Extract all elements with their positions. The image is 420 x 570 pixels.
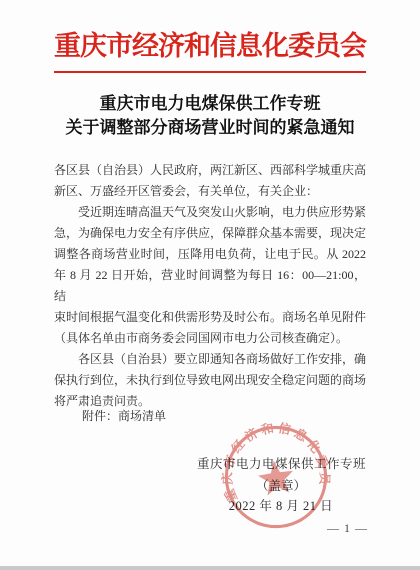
body-line: 调整各商场营业时间，压降用电负荷，让电于民。从 2022 xyxy=(54,244,366,265)
document-title: 重庆市电力电煤保供工作专班 关于调整部分商场营业时间的紧急通知 xyxy=(0,92,420,140)
attachment-line: 附件：商场清单 xyxy=(54,407,366,424)
body-line: 保执行到位，未执行到位导致电网出现安全稳定问题的商场 xyxy=(54,370,366,391)
letterhead-divider-line xyxy=(54,71,366,73)
body-line: 年 8 月 22 日开始，营业时间调整为每日 16：00—21:00，结 xyxy=(54,265,366,307)
document-title-line2: 关于调整部分商场营业时间的紧急通知 xyxy=(0,116,420,140)
body-line: 新区、万盛经开区管委会，有关单位，有关企业： xyxy=(54,181,366,202)
body-line: 束时间根据气温变化和供需形势及时公布。商场名单见附件 xyxy=(54,307,366,328)
seal-note: （盖章） xyxy=(196,476,366,494)
body-line: 受近期连晴高温天气及突发山火影响，电力供应形势紧 xyxy=(54,202,366,223)
letterhead-title: 重庆市经济和信息化委员会 xyxy=(0,24,420,63)
document-title-line1: 重庆市电力电煤保供工作专班 xyxy=(0,92,420,116)
signature-name: 重庆市电力电煤保供工作专班 xyxy=(197,454,366,472)
signature-date: 2022 年 8 月 21 日 xyxy=(196,496,366,514)
body-line: 各区县（自治县）人民政府，两江新区、西部科学城重庆高 xyxy=(54,160,366,181)
body-line: （具体名单由市商务委会同国网市电力公司核查确定）。 xyxy=(54,328,366,349)
body-text: 各区县（自治县）人民政府，两江新区、西部科学城重庆高新区、万盛经开区管委会，有关… xyxy=(54,160,366,412)
body-line: 急，为确保电力安全有序供应，保障群众基本需要，现决定 xyxy=(54,223,366,244)
document-page: 重庆市经济和信息化委员会 重庆市电力电煤保供工作专班 关于调整部分商场营业时间的… xyxy=(0,0,420,570)
page-number: — 1 — xyxy=(327,521,368,536)
body-line: 各区县（自治县）要立即通知各商场做好工作安排，确 xyxy=(54,349,366,370)
scan-page-bottom-edge xyxy=(0,566,420,570)
